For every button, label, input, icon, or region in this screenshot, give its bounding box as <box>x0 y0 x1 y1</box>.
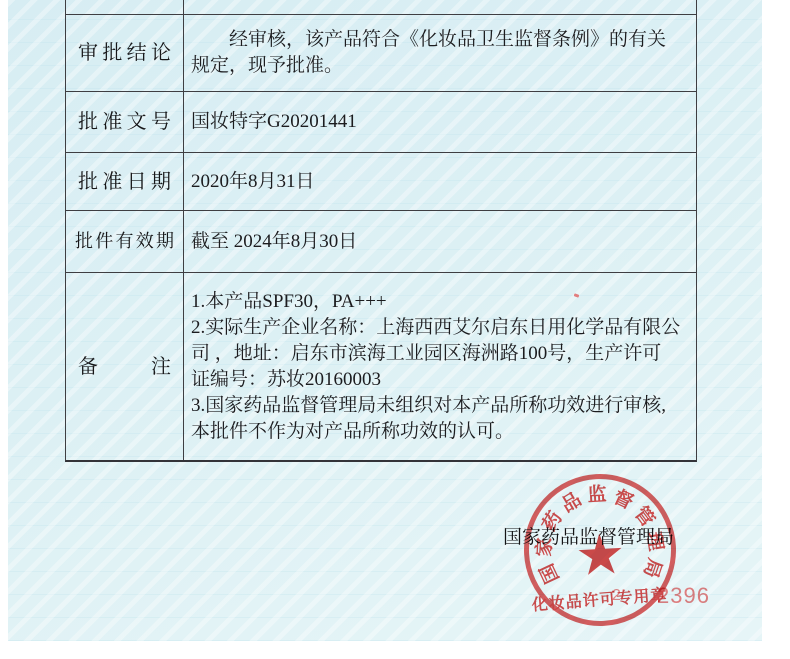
row-value-cell: 国妆特字G20201441 <box>184 92 696 152</box>
row-value-cell <box>184 0 696 14</box>
approval-number-label: 批准文号 <box>66 110 183 134</box>
row-label-cell <box>66 0 184 14</box>
table-row-approval-number: 批准文号 国妆特字G20201441 <box>66 91 696 152</box>
table-row-approval-date: 批准日期 2020年8月31日 <box>66 152 696 210</box>
validity-period-value: 截至 2024年8月30日 <box>184 229 367 255</box>
row-value-cell: 1.本产品SPF30，PA+++ 2.实际生产企业名称：上海西西艾尔启东日用化学… <box>184 273 696 460</box>
table-row-approval-conclusion: 审批结论 经审核，该产品符合《化妆品卫生监督条例》的有关 规定，现予批准。 <box>66 14 696 91</box>
remarks-label: 备注 <box>66 355 183 379</box>
table-row-remarks: 备注 1.本产品SPF30，PA+++ 2.实际生产企业名称：上海西西艾尔启东日… <box>66 272 696 460</box>
row-value-cell: 截至 2024年8月30日 <box>184 211 696 272</box>
row-label-cell: 批准日期 <box>66 153 184 210</box>
seal-arc-char: 监 <box>587 479 607 507</box>
approval-number-value: 国妆特字G20201441 <box>184 109 367 135</box>
seal-arc-char: 家 <box>529 537 557 557</box>
row-value-cell: 2020年8月31日 <box>184 153 696 210</box>
approval-table: 审批结论 经审核，该产品符合《化妆品卫生监督条例》的有关 规定，现予批准。 批准… <box>65 0 697 462</box>
approval-conclusion-value: 经审核，该产品符合《化妆品卫生监督条例》的有关 规定，现予批准。 <box>184 27 676 79</box>
seal-serial-number: 2396 <box>657 583 710 609</box>
approval-date-value: 2020年8月31日 <box>184 169 325 195</box>
approval-conclusion-label: 审批结论 <box>66 41 183 65</box>
remarks-value: 1.本产品SPF30，PA+++ 2.实际生产企业名称：上海西西艾尔启东日用化学… <box>184 289 690 445</box>
seal-serial-overlap-digit: 2 <box>612 587 621 605</box>
row-label-cell: 备注 <box>66 273 184 460</box>
scanned-approval-certificate: 审批结论 经审核，该产品符合《化妆品卫生监督条例》的有关 规定，现予批准。 批准… <box>0 0 790 659</box>
seal-star-icon: ★ <box>574 527 627 586</box>
official-seal: 国家药品监督管理局 ★ 化妆品许可专用章 <box>520 470 680 630</box>
table-row-cutoff <box>66 0 696 14</box>
validity-period-label: 批件有效期 <box>66 231 183 253</box>
row-value-cell: 经审核，该产品符合《化妆品卫生监督条例》的有关 规定，现予批准。 <box>184 15 696 91</box>
certificate-page: 审批结论 经审核，该产品符合《化妆品卫生监督条例》的有关 规定，现予批准。 批准… <box>8 0 762 641</box>
row-label-cell: 批准文号 <box>66 92 184 152</box>
row-label-cell: 批件有效期 <box>66 211 184 272</box>
table-row-validity-period: 批件有效期 截至 2024年8月30日 <box>66 210 696 272</box>
approval-date-label: 批准日期 <box>66 170 183 194</box>
row-label-cell: 审批结论 <box>66 15 184 91</box>
